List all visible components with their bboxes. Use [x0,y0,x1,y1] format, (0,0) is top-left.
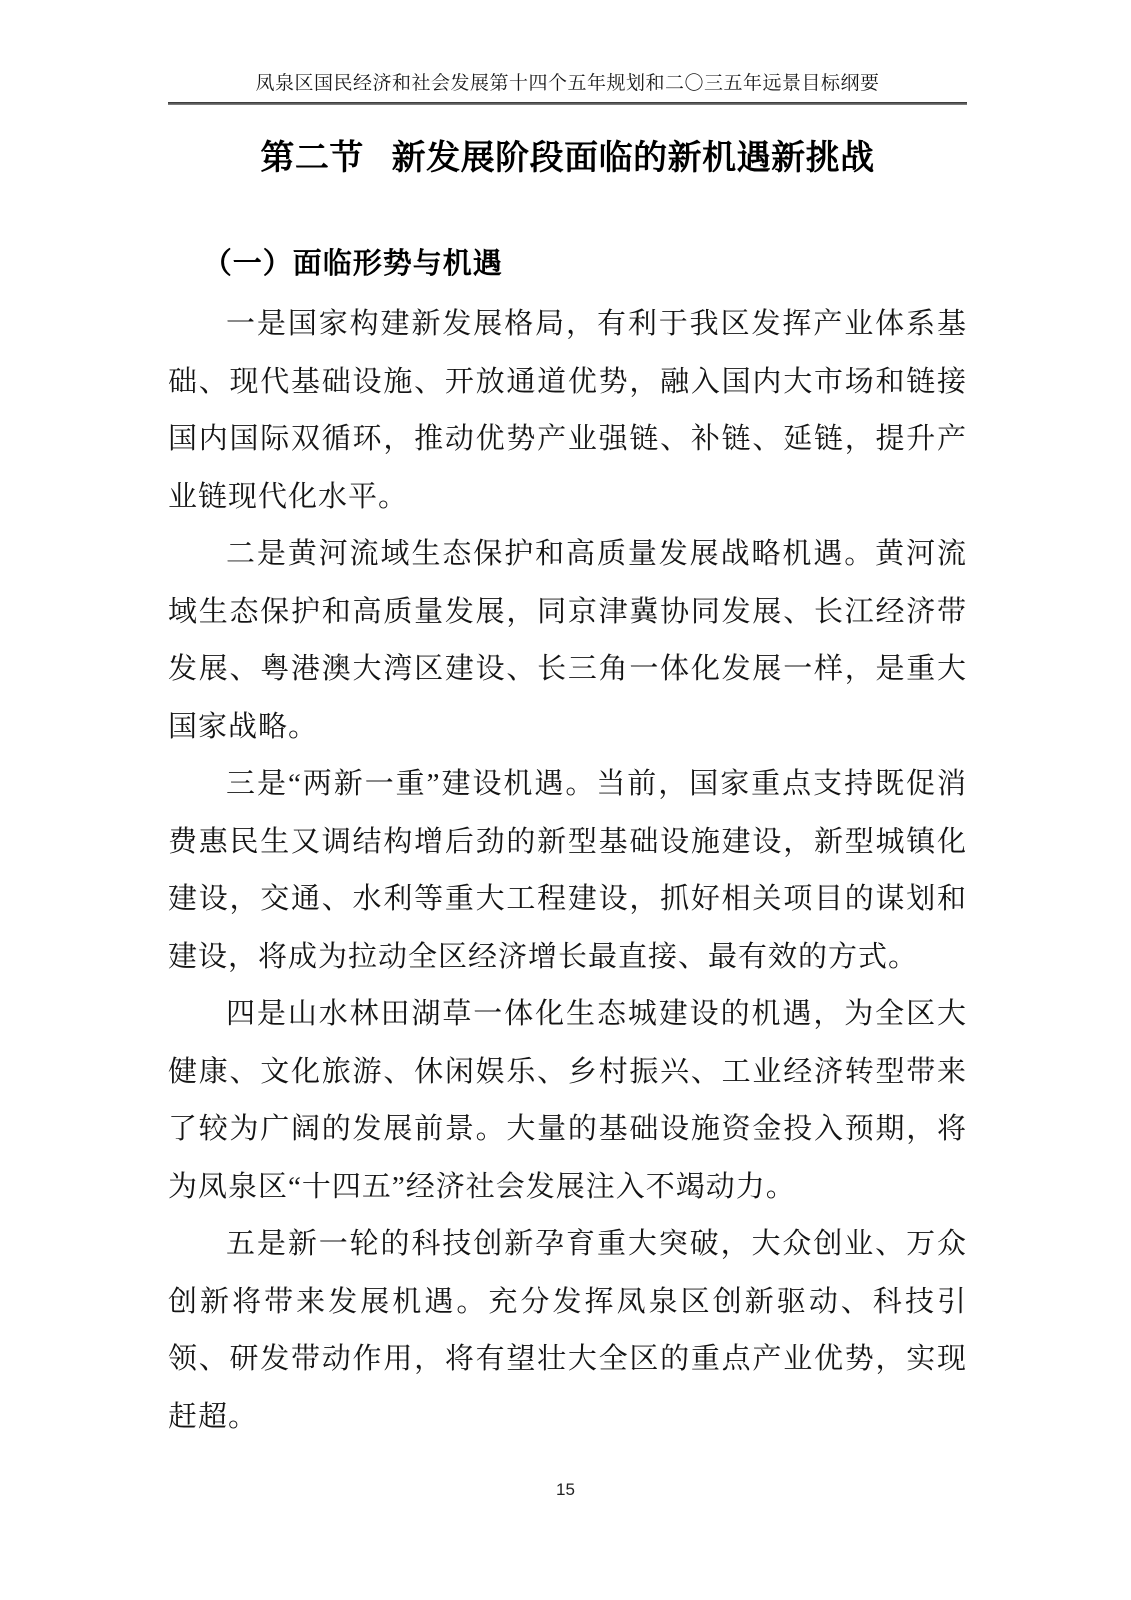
paragraph-4: 四是山水林田湖草一体化生态城建设的机遇，为全区大健康、文化旅游、休闲娱乐、乡村振… [168,986,967,1216]
paragraph-3: 三是“两新一重”建设机遇。当前，国家重点支持既促消费惠民生又调结构增后劲的新型基… [168,756,967,986]
page-number: 15 [0,1480,1131,1500]
header-divider-rule [168,102,967,105]
content-column: 凤泉区国民经济和社会发展第十四个五年规划和二〇三五年远景目标纲要 第二节 新发展… [168,0,967,1446]
paragraph-1: 一是国家构建新发展格局，有利于我区发挥产业体系基础、现代基础设施、开放通道优势，… [168,296,967,526]
document-page: 凤泉区国民经济和社会发展第十四个五年规划和二〇三五年远景目标纲要 第二节 新发展… [0,0,1131,1600]
section-title: 第二节 新发展阶段面临的新机遇新挑战 [168,136,967,182]
body-text: 一是国家构建新发展格局，有利于我区发挥产业体系基础、现代基础设施、开放通道优势，… [168,296,967,1446]
running-header: 凤泉区国民经济和社会发展第十四个五年规划和二〇三五年远景目标纲要 [168,0,967,96]
paragraph-2: 二是黄河流域生态保护和高质量发展战略机遇。黄河流域生态保护和高质量发展，同京津冀… [168,526,967,756]
subsection-heading: （一）面临形势与机遇 [168,244,967,284]
paragraph-5: 五是新一轮的科技创新孕育重大突破，大众创业、万众创新将带来发展机遇。充分发挥凤泉… [168,1216,967,1446]
